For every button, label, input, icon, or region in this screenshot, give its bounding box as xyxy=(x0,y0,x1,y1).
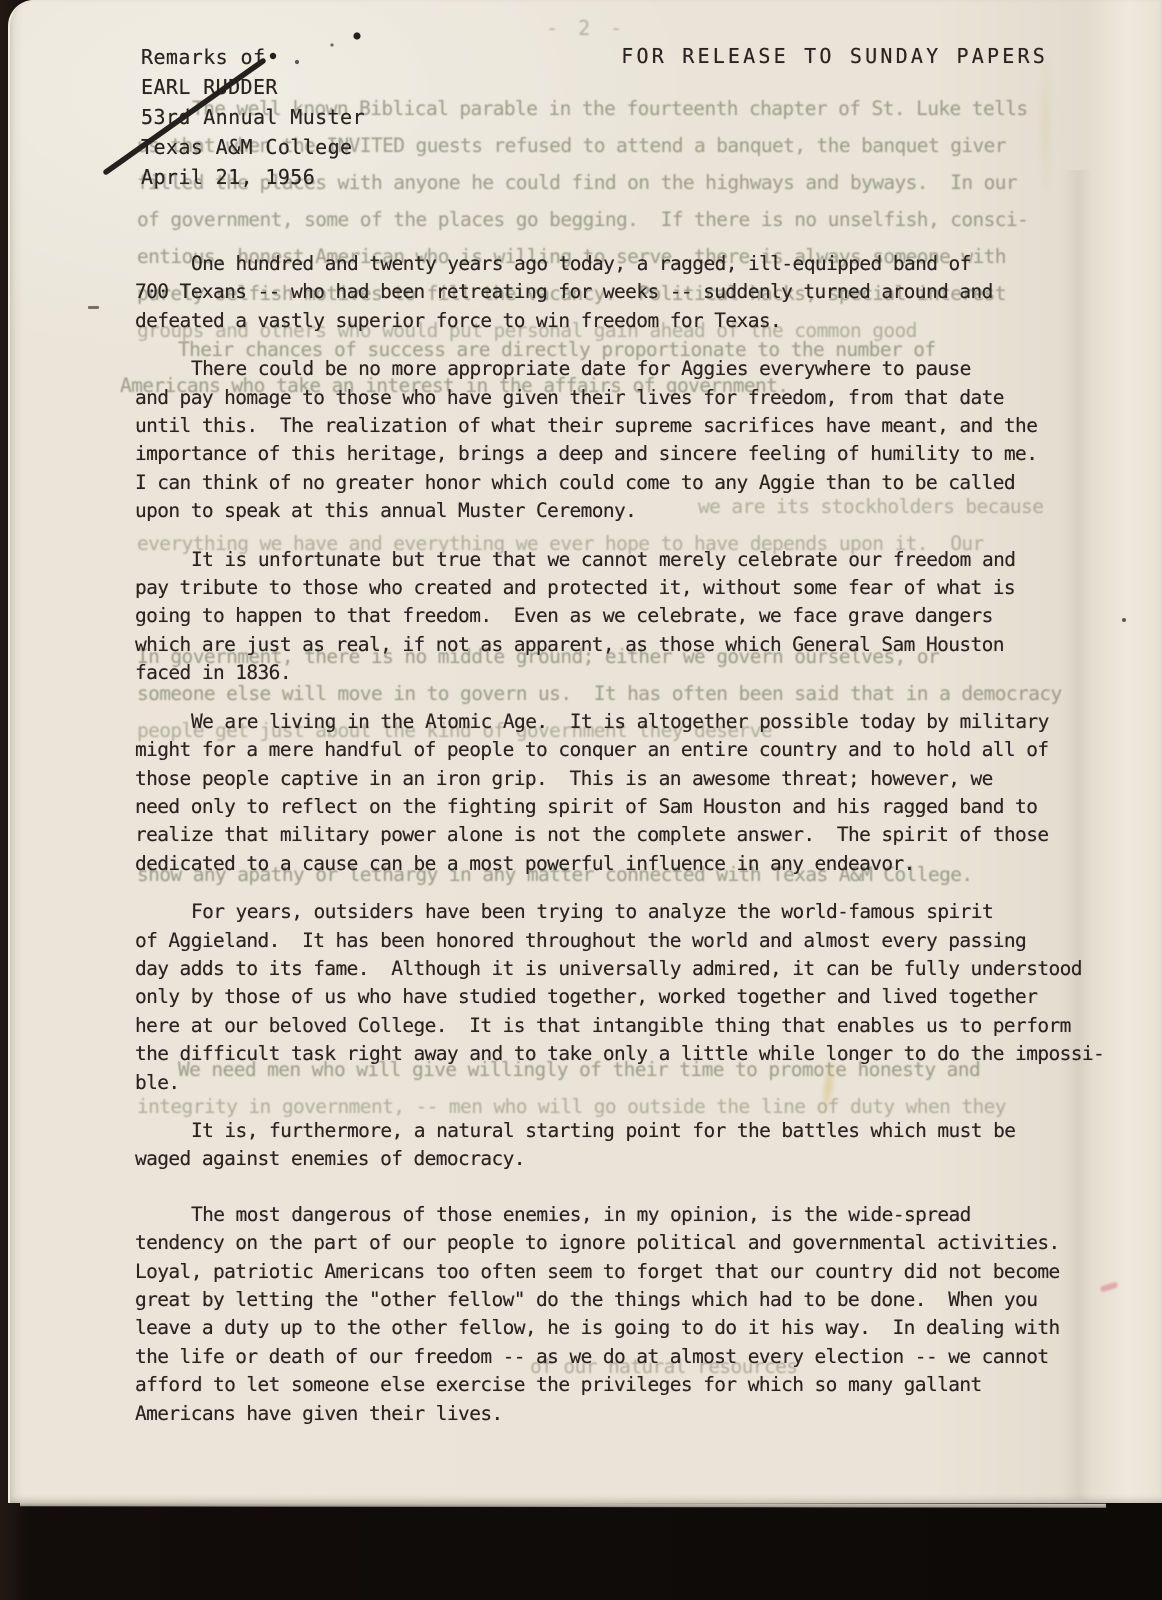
text-line: It is, furthermore, a natural starting p… xyxy=(135,1117,1108,1145)
text-line: 700 Texans -- who had been retreating fo… xyxy=(135,278,1108,306)
text-line: leave a duty up to the other fellow, he … xyxy=(135,1314,1108,1342)
paragraph: It is unfortunate but true that we canno… xyxy=(135,546,1108,688)
text-line: Loyal, patriotic Americans too often see… xyxy=(135,1258,1108,1286)
text-line: and pay homage to those who have given t… xyxy=(135,384,1108,412)
text-line: The most dangerous of those enemies, in … xyxy=(135,1201,1108,1229)
text-line: going to happen to that freedom. Even as… xyxy=(135,602,1108,630)
text-line: great by letting the "other fellow" do t… xyxy=(135,1286,1108,1314)
text-line: might for a mere handful of people to co… xyxy=(135,736,1108,764)
paragraph: We are living in the Atomic Age. It is a… xyxy=(135,708,1108,878)
text-line: importance of this heritage, brings a de… xyxy=(135,440,1108,468)
paragraph: One hundred and twenty years ago today, … xyxy=(135,250,1108,335)
text-line: faced in 1836. xyxy=(135,659,1108,687)
text-line: defeated a vastly superior force to win … xyxy=(135,307,1108,335)
text-line: We are living in the Atomic Age. It is a… xyxy=(135,708,1108,736)
text-line: upon to speak at this annual Muster Cere… xyxy=(135,497,1108,525)
text-line: waged against enemies of democracy. xyxy=(135,1145,1108,1173)
margin-tick-mark xyxy=(88,306,99,309)
text-line: It is unfortunate but true that we canno… xyxy=(135,546,1108,574)
text-line: ble. xyxy=(135,1069,1108,1097)
text-line: One hundred and twenty years ago today, … xyxy=(135,250,1108,278)
underlying-page-edge xyxy=(20,1502,1106,1508)
paragraph: It is, furthermore, a natural starting p… xyxy=(135,1117,1108,1174)
text-line: realize that military power alone is not… xyxy=(135,821,1108,849)
speech-body: One hundred and twenty years ago today, … xyxy=(135,250,1108,1448)
text-line: until this. The realization of what thei… xyxy=(135,412,1108,440)
scanner-background: - 2 - The well known Biblical parable in… xyxy=(0,0,1162,1600)
text-line: need only to reflect on the fighting spi… xyxy=(135,793,1108,821)
text-line: here at our beloved College. It is that … xyxy=(135,1012,1108,1040)
text-line: There could be no more appropriate date … xyxy=(135,355,1108,383)
stray-ink-dot xyxy=(1122,618,1126,622)
text-line: I can think of no greater honor which co… xyxy=(135,469,1108,497)
text-line: of Aggieland. It has been honored throug… xyxy=(135,927,1108,955)
paragraph: The most dangerous of those enemies, in … xyxy=(135,1201,1108,1428)
text-line: day adds to its fame. Although it is uni… xyxy=(135,955,1108,983)
text-line: the life or death of our freedom -- as w… xyxy=(135,1343,1108,1371)
text-line: those people captive in an iron grip. Th… xyxy=(135,765,1108,793)
pen-check-mark xyxy=(10,0,410,220)
text-line: pay tribute to those who created and pro… xyxy=(135,574,1108,602)
paragraph: For years, outsiders have been trying to… xyxy=(135,898,1108,1097)
text-line: tendency on the part of our people to ig… xyxy=(135,1229,1108,1257)
document-page: - 2 - The well known Biblical parable in… xyxy=(8,0,1162,1503)
text-line: dedicated to a cause can be a most power… xyxy=(135,850,1108,878)
text-line: which are just as real, if not as appare… xyxy=(135,631,1108,659)
typed-content: Remarks ofEARL RUDDER53rd Annual MusterT… xyxy=(10,0,1162,1503)
text-line: afford to let someone else exercise the … xyxy=(135,1371,1108,1399)
release-notice: FOR RELEASE TO SUNDAY PAPERS xyxy=(621,44,1048,68)
paragraph: There could be no more appropriate date … xyxy=(135,355,1108,525)
text-line: For years, outsiders have been trying to… xyxy=(135,898,1108,926)
text-line: only by those of us who have studied tog… xyxy=(135,983,1108,1011)
text-line: Americans have given their lives. xyxy=(135,1400,1108,1428)
text-line: the difficult task right away and to tak… xyxy=(135,1040,1108,1068)
